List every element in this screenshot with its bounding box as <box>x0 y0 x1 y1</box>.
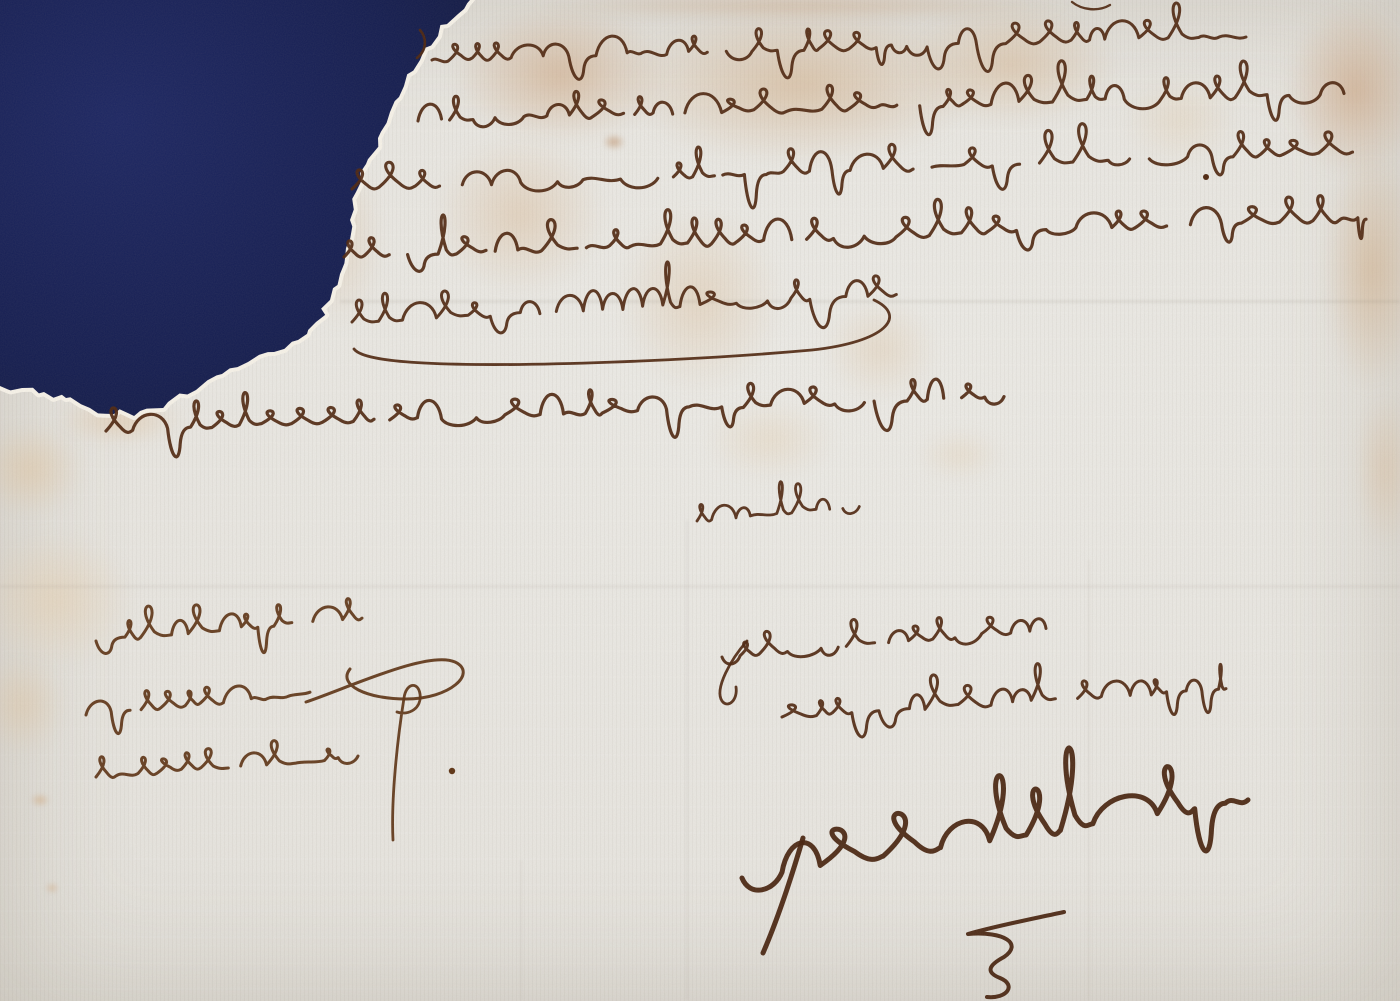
handwriting-main-line-4 <box>344 196 1366 272</box>
handwriting-main-line-1 <box>432 3 1246 79</box>
handwriting-center-word <box>697 482 859 521</box>
signature-tail <box>763 838 803 953</box>
handwriting-main-line-2 <box>418 61 1344 135</box>
handwriting-left-block-line-3 <box>96 741 358 778</box>
line3-period-dot <box>1203 174 1209 180</box>
top-edge-mark <box>1072 2 1110 9</box>
left-block-period-dot <box>449 768 455 774</box>
backing-cloth <box>0 0 475 416</box>
handwriting-right-block-line-2 <box>782 664 1226 737</box>
handwriting-signature <box>742 748 1248 890</box>
handwriting-main-line-5 <box>352 262 896 333</box>
right-block-descender <box>720 641 747 704</box>
paraph-3-flourish <box>968 912 1064 997</box>
left-block-tall-flourish <box>393 685 421 840</box>
handwriting-main-line-6 <box>106 379 1004 457</box>
left-block-loop-swash <box>306 660 463 702</box>
handwriting-left-block-line-2 <box>86 686 310 734</box>
handwriting-left-block-line-1 <box>96 599 362 654</box>
handwriting-main-line-3 <box>352 124 1353 208</box>
manuscript-photo: Handwriting is an archaic Tamil cursive … <box>0 0 1400 1001</box>
handwriting-layer <box>0 0 1400 1001</box>
handwriting-right-block-line-1 <box>722 617 1046 664</box>
